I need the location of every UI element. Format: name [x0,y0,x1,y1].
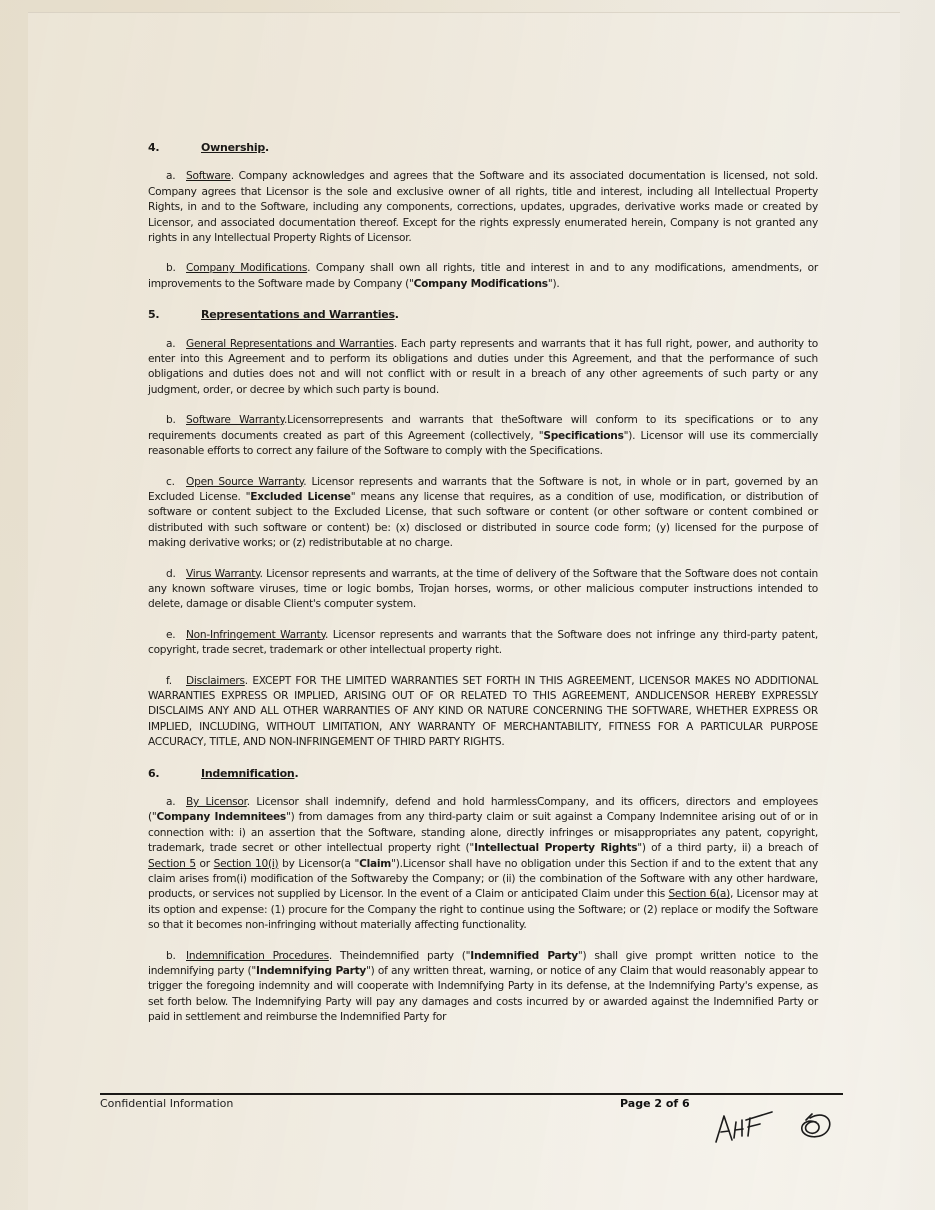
paragraph-5c: c.Open Source Warranty. Licensor represe… [148,475,818,552]
paragraph-heading: By Licensor [186,796,247,808]
paragraph-label: e. [166,628,186,643]
section-reference: Section 5 [148,858,196,870]
paragraph-text: or [196,858,214,870]
paragraph-heading: Software [186,170,231,182]
paragraph-heading: General Representations and Warranties [186,338,394,350]
defined-term: Claim [359,858,391,870]
section-title: Representations and Warranties [201,308,395,321]
paragraph-text: by Licensor(a " [278,858,359,870]
section-heading-ownership: 4. Ownership. [148,140,818,155]
paragraph-5d: d.Virus Warranty. Licensor represents an… [148,567,818,613]
paragraph-heading: Company Modifications [186,262,307,274]
paragraph-label: a. [166,337,186,352]
paragraph-label: a. [166,169,186,184]
paragraph-heading: Non-Infringement Warranty [186,629,325,641]
defined-term: Indemnifying Party [256,965,366,977]
section-title: Ownership [201,141,265,154]
paragraph-label: a. [166,795,186,810]
footer-confidential-label: Confidential Information [100,1097,233,1110]
paragraph-heading: Open Source Warranty [186,476,303,488]
paragraph-text: . Theindemnified party (" [329,950,470,962]
footer-divider [100,1093,843,1095]
paragraph-label: c. [166,475,186,490]
paragraph-label: b. [166,949,186,964]
footer-page-number: Page 2 of 6 [620,1097,690,1110]
paragraph-5a: a.General Representations and Warranties… [148,337,818,399]
defined-term: Excluded License [250,491,350,503]
section-reference: Section 6(a) [668,888,730,900]
paragraph-heading: Indemnification Procedures [186,950,329,962]
paragraph-6a: a.By Licensor. Licensor shall indemnify,… [148,795,818,934]
paragraph-label: b. [166,413,186,428]
paragraph-6b: b.Indemnification Procedures. Theindemni… [148,949,818,1026]
paragraph-4a: a.Software. Company acknowledges and agr… [148,169,818,246]
paragraph-text: ") of a third party, ii) a breach of [637,842,818,854]
paragraph-label: d. [166,567,186,582]
section-number: 6. [148,766,201,781]
handwritten-initials-icon [712,1108,842,1148]
paragraph-5e: e.Non-Infringement Warranty. Licensor re… [148,628,818,659]
paragraph-label: f. [166,674,186,689]
paragraph-5f: f.Disclaimers. EXCEPT FOR THE LIMITED WA… [148,674,818,751]
section-number: 4. [148,140,201,155]
defined-term: Company Modifications [414,278,548,290]
paragraph-heading: Disclaimers [186,675,245,687]
defined-term: Intellectual Property Rights [474,842,637,854]
section-heading-indemnification: 6. Indemnification. [148,766,818,781]
paragraph-text: . EXCEPT FOR THE LIMITED WARRANTIES SET … [148,675,818,749]
section-reference: Section 10(i) [214,858,279,870]
section-title: Indemnification [201,767,295,780]
paragraph-heading: Virus Warranty [186,568,260,580]
paragraph-label: b. [166,261,186,276]
paragraph-text: "). [548,278,560,290]
paragraph-heading: Software Warranty [186,414,284,426]
defined-term: Company Indemnitees [157,811,286,823]
defined-term: Specifications [543,430,623,442]
paragraph-5b: b.Software Warranty.Licensorrepresents a… [148,413,818,459]
document-body: 4. Ownership. a.Software. Company acknow… [148,140,818,1026]
paragraph-4b: b.Company Modifications. Company shall o… [148,261,818,292]
section-heading-warranties: 5. Representations and Warranties. [148,307,818,322]
paragraph-text: . Company acknowledges and agrees that t… [148,170,818,244]
defined-term: Indemnified Party [470,950,578,962]
section-number: 5. [148,307,201,322]
